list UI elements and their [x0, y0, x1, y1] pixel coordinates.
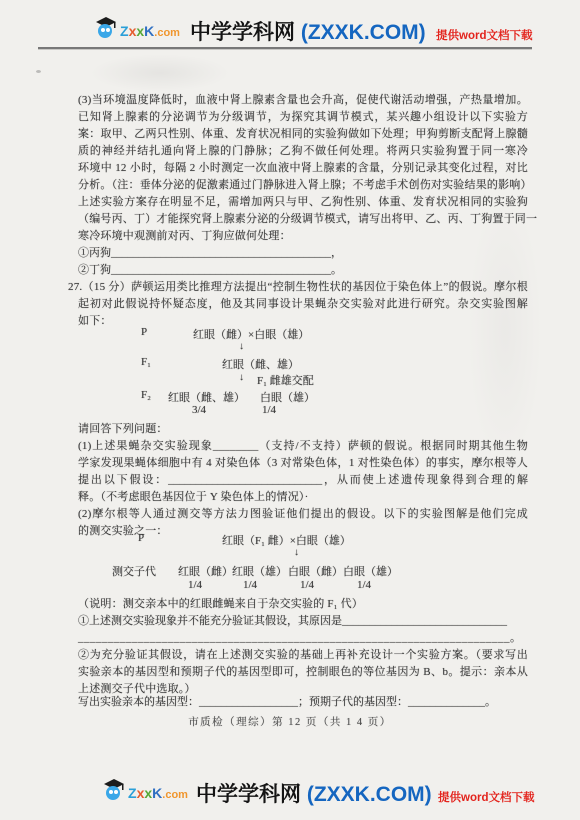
- site-name: 中学学科网: [190, 21, 295, 44]
- cross1-mate-note: F₁ 雌雄交配: [257, 372, 314, 388]
- q26-blank-ding: ②丁狗_____________________________________…: [78, 262, 528, 279]
- bottom-banner: ZxxK.com 中学学科网 (ZXXK.COM) 提供word文档下载: [0, 770, 580, 810]
- q27-sub2-line: 实验亲本的基因型和预期子代的基因型即可，控制眼色的等位基因为 B、b。提示：亲本…: [78, 664, 528, 681]
- q26-line: 分析。（注：垂体分泌的促激素通过门静脉进入肾上腺；不考虑手术创伤对实验结果的影响…: [78, 177, 528, 194]
- cross1-f2-right: 白眼（雄）: [260, 389, 315, 405]
- cross2-p-cross: 红眼（F₁ 雌）×白眼（雄）: [222, 532, 351, 548]
- q27-1-line: 学家发现果蝇体细胞中有 4 对染色体（3 对常染色体，1 对性染色体）的事实，摩…: [78, 455, 528, 472]
- down-arrow-icon: ↓: [239, 341, 244, 352]
- q26-line: 质的神经并结扎通向肾上腺的门静脉；乙狗不做任何处理。将两只实验狗置于同一寒冷: [78, 143, 528, 160]
- q27-note: （说明：测交亲本中的红眼雌蝇来自于杂交实验的 F₁ 代）: [78, 596, 528, 613]
- logo-letter-com: .com: [154, 27, 180, 39]
- cross1-f1-text: 红眼（雌、雄）: [222, 356, 299, 372]
- logo-letter-x2: x: [136, 23, 144, 39]
- logo-letter-com: .com: [162, 789, 188, 801]
- logo-letter-k: K: [144, 23, 154, 39]
- cross1-f1-label: F₁: [141, 356, 151, 368]
- logo-letter-k: K: [152, 785, 162, 801]
- zxxk-logo-text: ZxxK.com: [120, 23, 180, 39]
- scanned-exam-page: ZxxK.com 中学学科网 (ZXXK.COM) 提供word文档下载 (3)…: [0, 0, 580, 820]
- q27-1-line: 释。（不考虑眼色基因位于 Y 染色体上的情况）·: [78, 489, 528, 506]
- cross2-fraction: 1/4: [300, 579, 314, 591]
- down-arrow-icon: ↓: [294, 547, 299, 558]
- zxxk-logo: ZxxK.com: [102, 776, 188, 809]
- q26-line: 案：取甲、乙两只性别、体重、发育状况相同的实验狗做如下处理；甲狗剪断支配肾上腺髓: [78, 126, 528, 143]
- cross2-phenotype: 红眼（雄）: [232, 563, 287, 579]
- q26-blank-bing: ①丙狗_____________________________________…: [78, 245, 528, 262]
- promo-text: 提供word文档下载: [436, 27, 532, 43]
- cross1-p-label: P: [141, 326, 147, 338]
- q27-1-line: 提出以下假设：____________________________，从而使上…: [78, 472, 528, 489]
- zxxk-mascot-icon: [94, 14, 118, 47]
- cross2-phenotype: 白眼（雌）: [288, 563, 343, 579]
- top-banner: ZxxK.com 中学学科网 (ZXXK.COM) 提供word文档下载: [0, 10, 580, 50]
- logo-letter-z: Z: [120, 23, 129, 39]
- q27-1-line: (1)上述果蝇杂交实验现象________（支持/不支持）萨顿的假说。根据同时期…: [78, 438, 528, 455]
- cross1-f2-label: F₂: [141, 389, 151, 401]
- header-divider: [38, 47, 532, 50]
- q27-sub1-continuation: ________________________________________…: [78, 630, 528, 647]
- cross2-fraction: 1/4: [243, 579, 257, 591]
- q27-intro-line: 起初对此假说持怀疑态度，他及其同事设计果蝇杂交实验对此进行研究。杂交实验图解: [78, 296, 528, 313]
- q27-2-line: (2)摩尔根等人通过测交等方法力图验证他们提出的假设。以下的实验图解是他们完成: [78, 506, 528, 523]
- cross2-p-label: P: [138, 532, 144, 544]
- down-arrow-icon: ↓: [239, 372, 244, 383]
- scan-speck: [36, 70, 41, 73]
- site-name: 中学学科网: [196, 783, 301, 806]
- logo-letter-x2: x: [144, 785, 152, 801]
- q27-intro-line: 27.（15 分）萨顿运用类比推理方法提出“控制生物性状的基因位于染色体上”的假…: [78, 279, 528, 296]
- site-title: 中学学科网 (ZXXK.COM): [190, 16, 426, 46]
- promo-text: 提供word文档下载: [438, 789, 534, 805]
- cross2-fraction: 1/4: [188, 579, 202, 591]
- cross2-phenotype: 红眼（雌）: [178, 563, 233, 579]
- site-title: 中学学科网 (ZXXK.COM): [196, 778, 432, 808]
- site-domain: (ZXXK.COM): [307, 783, 432, 806]
- q26-line: 已知肾上腺素的分泌调节为分级调节，为探究其调节模式，某兴趣小组设计以下实验方: [78, 109, 528, 126]
- zxxk-logo: ZxxK.com: [94, 14, 180, 47]
- logo-letter-z: Z: [128, 785, 137, 801]
- cross2-offspring-label: 测交子代: [112, 563, 156, 579]
- q26-line: （编号丙、丁）才能探究肾上腺素分泌的分级调节模式，请写出将甲、乙、丙、丁狗置于同…: [78, 211, 528, 228]
- cross1-f2-left: 红眼（雌、雄）: [168, 389, 245, 405]
- q26-line: 环境中 12 小时，每隔 2 小时测定一次血液中肾上腺素的含量，分别记录其变化过…: [78, 160, 528, 177]
- zxxk-mascot-icon: [102, 776, 126, 809]
- page-footer: 市质检（理综）第 12 页（共 1 4 页）: [0, 714, 580, 729]
- q27-prompt: 请回答下列问题：: [78, 421, 528, 438]
- cross2-fraction: 1/4: [357, 579, 371, 591]
- q27-sub2-line: ②为充分验证其假设，请在上述测交实验的基础上再补充设计一个实验方案。（要求写出: [78, 647, 528, 664]
- scan-smudge: [90, 54, 230, 92]
- q27-final-line: 写出实验亲本的基因型：__________________；预期子代的基因型：_…: [78, 694, 528, 711]
- q27-sub1-line: ①上述测交实验现象并不能充分验证其假设，其原因是________________…: [78, 613, 528, 630]
- cross1-frac-right: 1/4: [262, 404, 276, 416]
- cross1-p-cross: 红眼（雌）×白眼（雄）: [193, 326, 309, 342]
- q26-line: (3)当环境温度降低时，血液中肾上腺素含量也会升高，促使代谢活动增强，产热量增加…: [78, 92, 528, 109]
- q26-line: 寒冷环境中观测前对丙、丁狗应做何处理：: [78, 228, 528, 245]
- zxxk-logo-text: ZxxK.com: [128, 785, 188, 801]
- site-domain: (ZXXK.COM): [301, 21, 426, 44]
- cross1-frac-left: 3/4: [192, 404, 206, 416]
- q26-line: 上述实验方案存在明显不足，需增加两只与甲、乙狗性别、体重、发育状况相同的实验狗: [78, 194, 528, 211]
- cross2-phenotype: 白眼（雄）: [343, 563, 398, 579]
